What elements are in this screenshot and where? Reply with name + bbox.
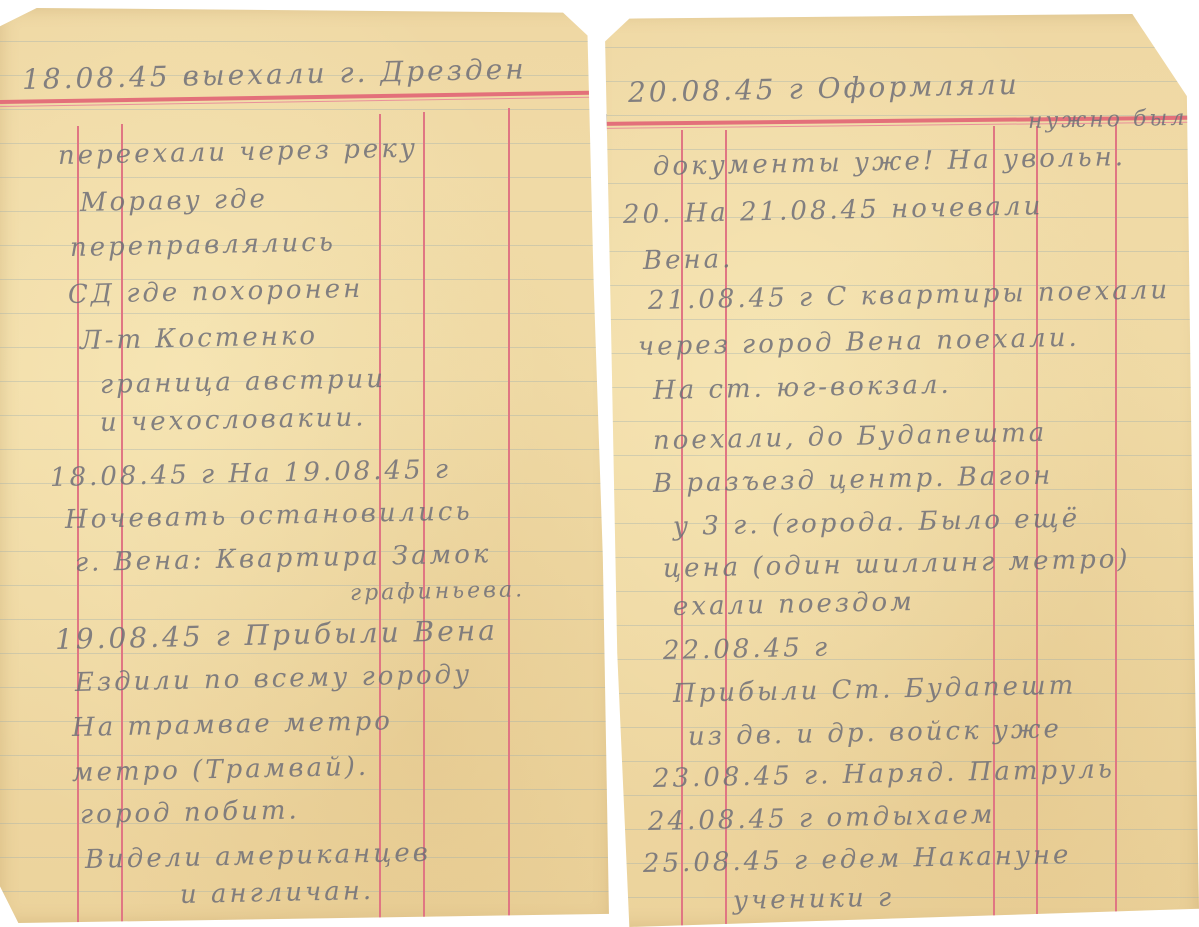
diary-line: 22.08.45 г <box>663 633 831 666</box>
left-diary-page: 18.08.45 выехали г. Дрезден переехали че… <box>0 8 612 923</box>
diary-line: и чехословакии. <box>100 402 367 438</box>
header-continuation: нужно было <box>1028 105 1199 134</box>
column-line <box>1115 124 1117 927</box>
diary-line: графиньева. <box>350 577 526 606</box>
diary-line: метро (Трамвай). <box>72 752 370 788</box>
diary-line: ехали поездом <box>673 587 915 622</box>
diary-line: Л-т Костенко <box>80 321 319 356</box>
diary-line: СД где похоронен <box>68 274 364 310</box>
tear-mark <box>605 114 607 204</box>
diary-line: Вена. <box>643 244 734 276</box>
column-line <box>508 108 510 923</box>
diary-line: и англичан. <box>180 876 375 910</box>
diary-line: город побит. <box>80 795 300 830</box>
diary-line: переправлялись <box>70 227 337 263</box>
right-diary-page: 20.08.45 г Оформляли нужно было документ… <box>593 14 1199 927</box>
diary-line: Мораву где <box>80 184 268 218</box>
diary-line: граница австрии <box>100 364 387 400</box>
diary-line: На ст. юг-вокзал. <box>653 370 952 406</box>
diary-line: ученики г <box>733 883 895 916</box>
